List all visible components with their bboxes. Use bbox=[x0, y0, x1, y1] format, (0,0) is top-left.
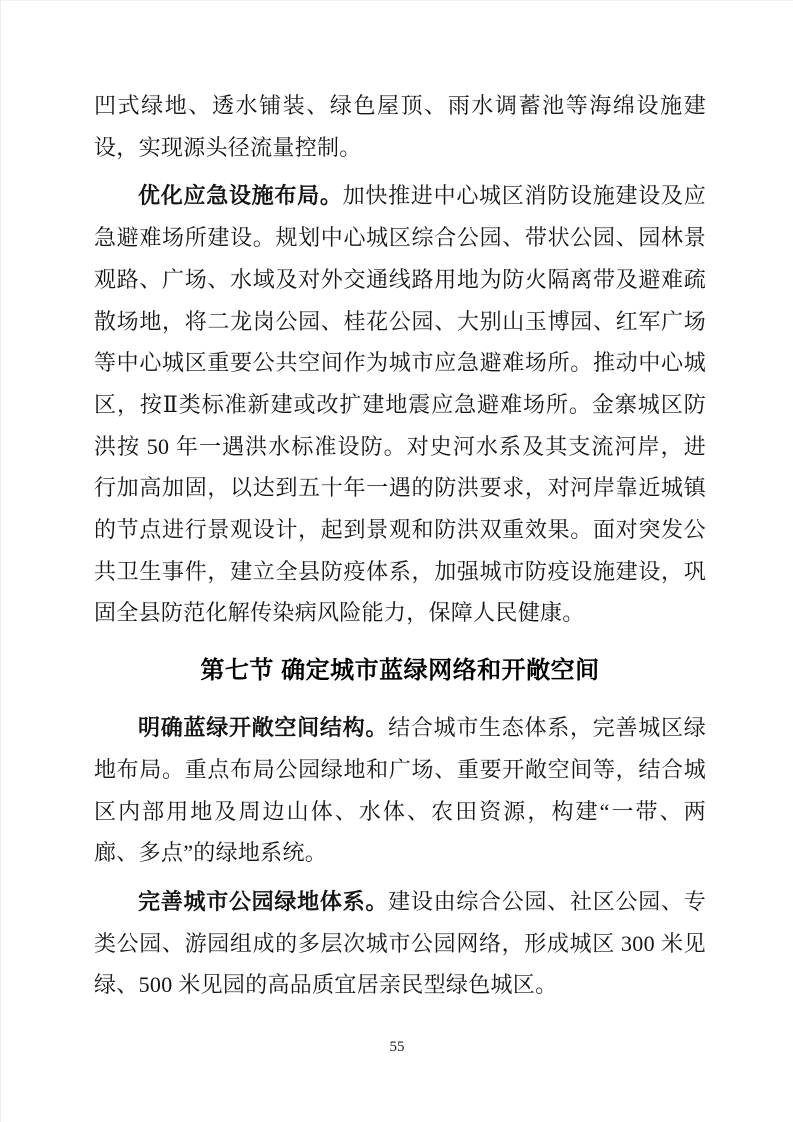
paragraph-text: 加快推进中心城区消防设施建设及应急避难场所建设。规划中心城区综合公园、带状公园、… bbox=[94, 183, 706, 625]
section-heading: 第七节 确定城市蓝绿网络和开敞空间 bbox=[94, 650, 706, 692]
document-page: 凹式绿地、透水铺装、绿色屋顶、雨水调蓄池等海绵设施建设，实现源头径流量控制。 优… bbox=[0, 0, 793, 1122]
paragraph-lead: 完善城市公园绿地体系。 bbox=[138, 889, 388, 914]
paragraph-lead: 优化应急设施布局。 bbox=[138, 183, 343, 208]
paragraph: 明确蓝绿开敞空间结构。结合城市生态体系，完善城区绿地布局。重点布局公园绿地和广场… bbox=[94, 707, 706, 874]
page-number: 55 bbox=[1, 1037, 793, 1057]
paragraph: 凹式绿地、透水铺装、绿色屋顶、雨水调蓄池等海绵设施建设，实现源头径流量控制。 bbox=[94, 85, 706, 168]
paragraph: 完善城市公园绿地体系。建设由综合公园、社区公园、专类公园、游园组成的多层次城市公… bbox=[94, 881, 706, 1006]
document-content: 凹式绿地、透水铺装、绿色屋顶、雨水调蓄池等海绵设施建设，实现源头径流量控制。 优… bbox=[94, 85, 706, 1013]
paragraph: 优化应急设施布局。加快推进中心城区消防设施建设及应急避难场所建设。规划中心城区综… bbox=[94, 175, 706, 634]
paragraph-lead: 明确蓝绿开敞空间结构。 bbox=[138, 715, 388, 740]
paragraph-text: 凹式绿地、透水铺装、绿色屋顶、雨水调蓄池等海绵设施建设，实现源头径流量控制。 bbox=[94, 93, 706, 160]
